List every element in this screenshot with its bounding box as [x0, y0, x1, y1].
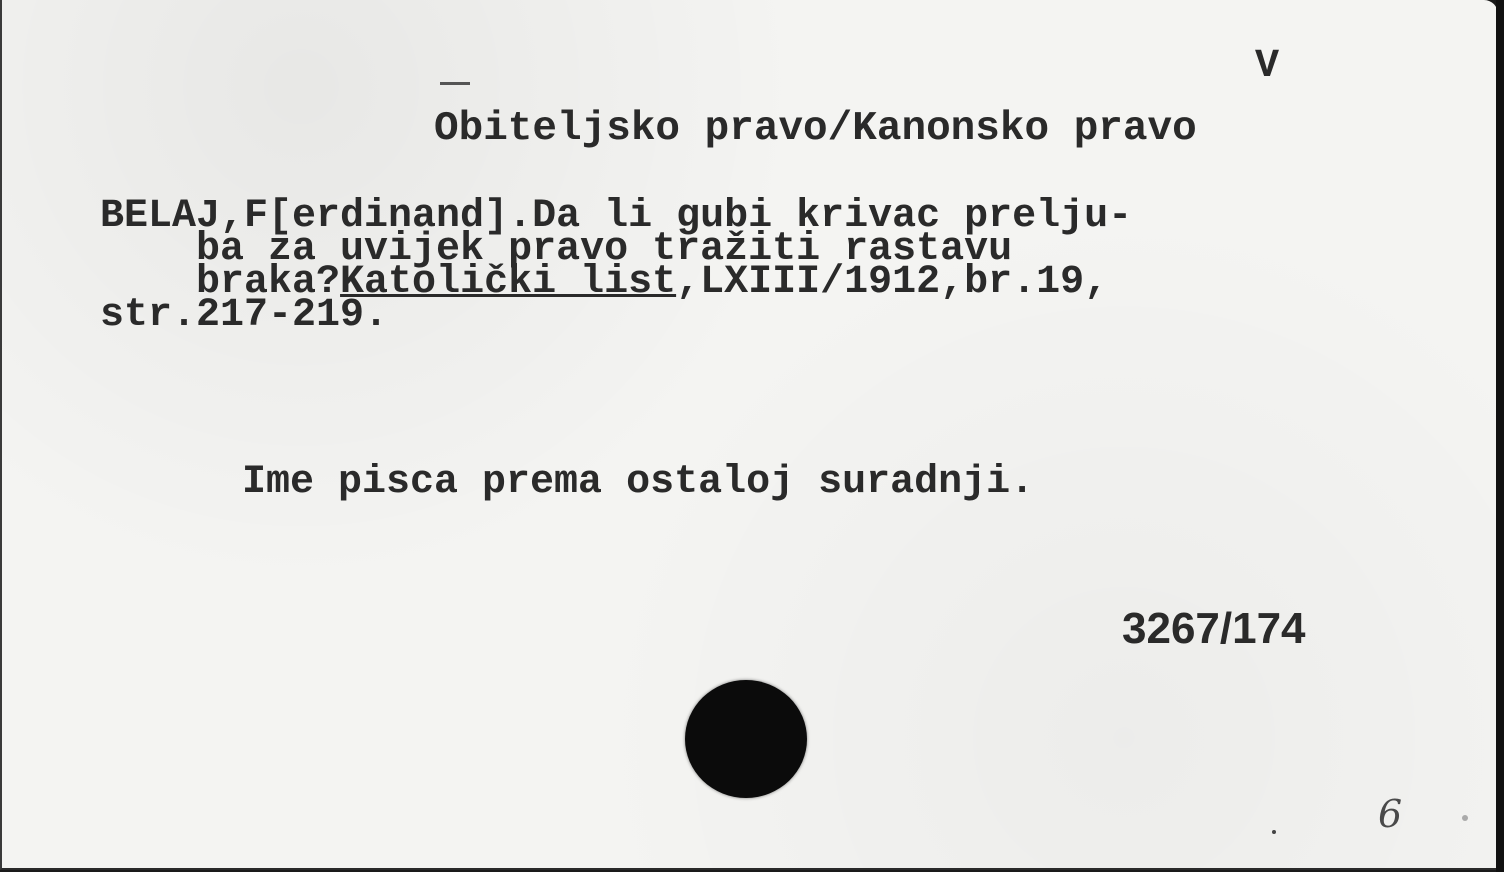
punch-hole	[685, 680, 807, 798]
handwritten-number: 6	[1378, 792, 1402, 836]
entry-pages: str.217-219.	[100, 293, 388, 338]
corner-mark: V	[1255, 44, 1280, 89]
card-edge	[1496, 0, 1504, 872]
speck	[1462, 815, 1468, 821]
entry-journal: Katolički list	[340, 260, 676, 305]
catalog-card: V Obiteljsko pravo/Kanonsko pravo BELAJ,…	[0, 0, 1498, 870]
call-number: 3267/174	[1122, 604, 1306, 654]
entry-volume: ,LXIII/1912,br.19,	[676, 260, 1108, 305]
subject-heading: Obiteljsko pravo/Kanonsko pravo	[434, 106, 1197, 152]
note: Ime pisca prema ostaloj suradnji.	[242, 460, 1034, 505]
bibliographic-entry: BELAJ,F[erdinand].Da li gubi krivac prel…	[100, 200, 1132, 332]
speck	[1272, 830, 1276, 834]
dash-mark	[440, 82, 470, 85]
